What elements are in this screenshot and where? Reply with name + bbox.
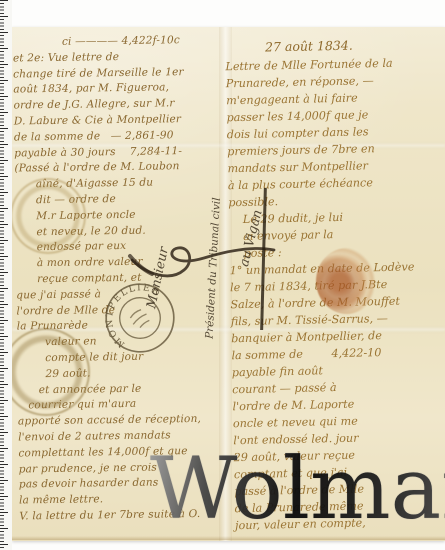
faded-postmark-icon <box>2 328 90 416</box>
wax-seal-stain <box>316 248 378 314</box>
watermark-text: Wolmar <box>150 447 445 532</box>
postmark-date-marks <box>128 308 150 330</box>
ruler <box>0 0 12 550</box>
letter-photograph: ci ———— 4,422f-10cet 2e: Vue lettre dech… <box>0 0 445 550</box>
faded-postmark-icon <box>10 178 86 254</box>
